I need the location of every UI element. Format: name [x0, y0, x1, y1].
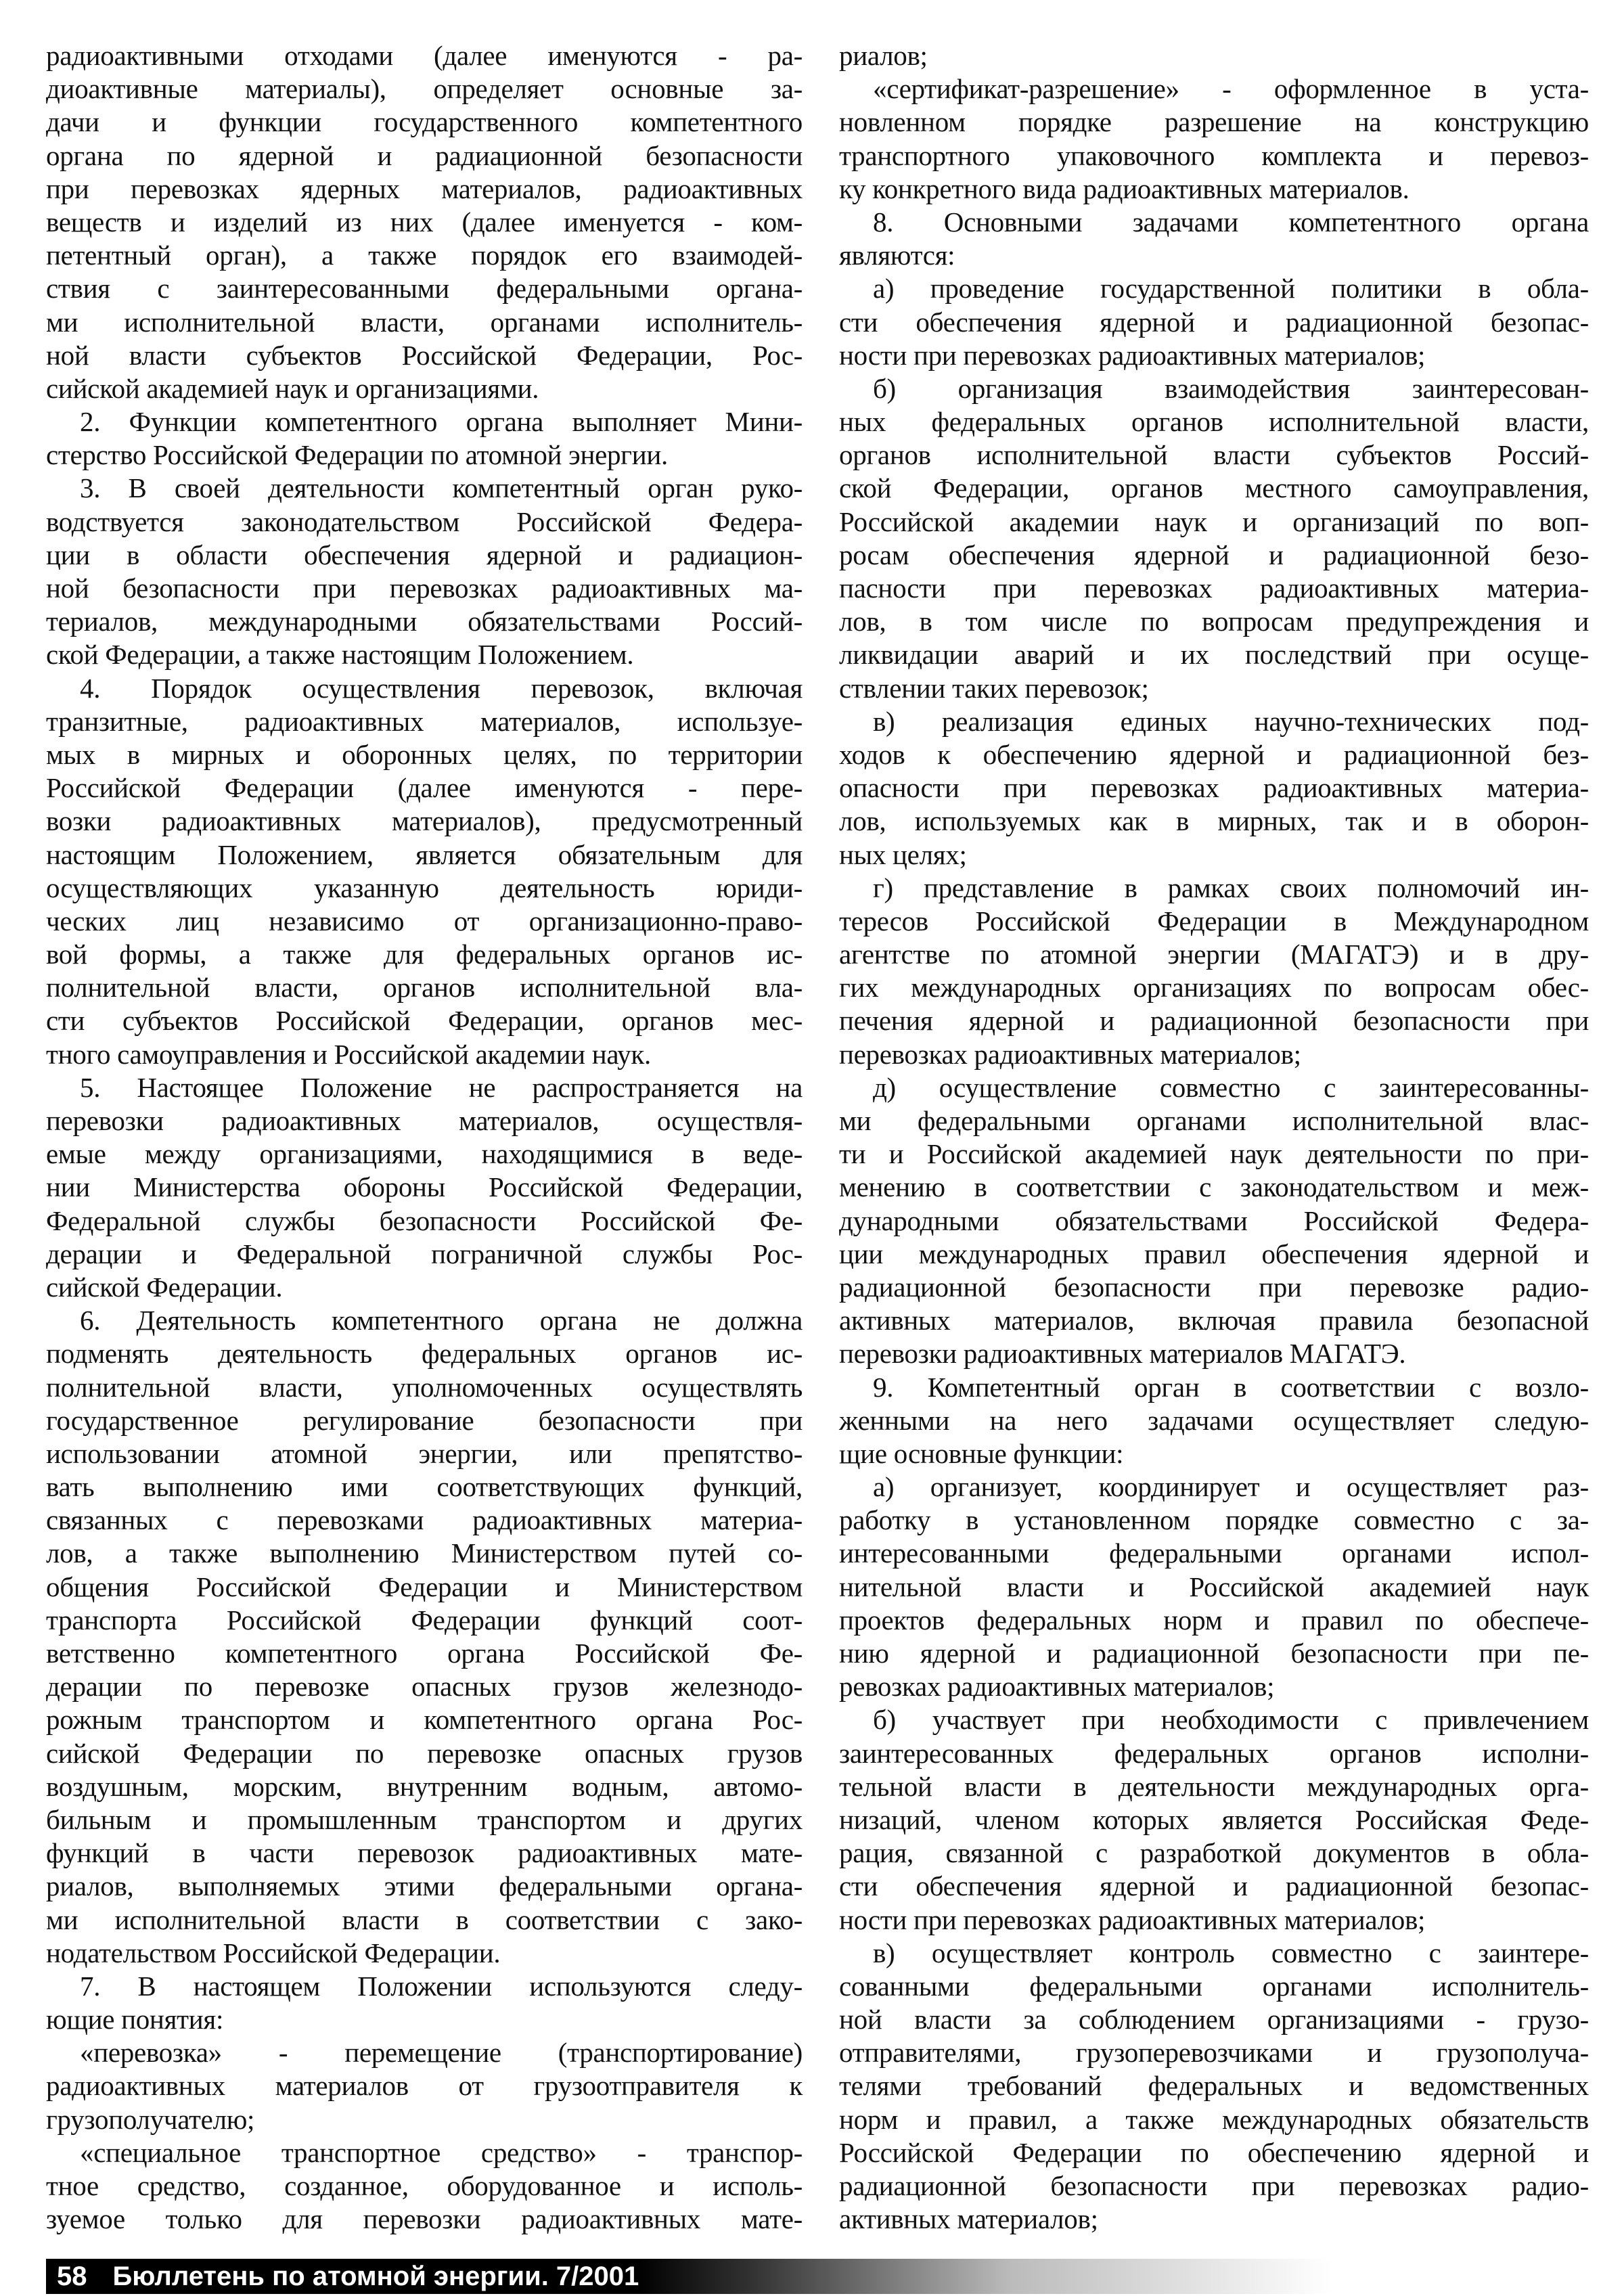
text-line: бильным и промышленным транспортом и дру…	[46, 1803, 803, 1837]
right-text-column: риалов;«сертификат-разрешение» - оформле…	[839, 39, 1589, 2236]
page-footer-bar: 58Бюллетень по атомной энергии. 7/2001	[46, 2259, 1332, 2294]
text-line: в) осуществляет контроль совместно с заи…	[839, 1937, 1589, 1970]
text-line: ходов к обеспечению ядерной и радиационн…	[839, 738, 1589, 771]
text-line: риалов, выполняемых этими федеральными о…	[46, 1870, 803, 1903]
text-line: тельной власти в деятельности международ…	[839, 1770, 1589, 1803]
text-line: полнительной власти, уполномоченных осущ…	[46, 1371, 803, 1404]
text-line: веществ и изделий из них (далее именуетс…	[46, 206, 803, 239]
text-line: ми федеральными органами исполнительной …	[839, 1104, 1589, 1138]
text-line: ющие понятия:	[46, 2003, 803, 2036]
text-line: «перевозка» - перемещение (транспортиров…	[46, 2036, 803, 2069]
text-line: воздушным, морским, внутренним водным, а…	[46, 1770, 803, 1803]
text-line: органа по ядерной и радиационной безопас…	[46, 139, 803, 173]
text-line: «сертификат-разрешение» - оформленное в …	[839, 72, 1589, 106]
text-line: лов, используемых как в мирных, так и в …	[839, 805, 1589, 838]
text-line: д) осуществление совместно с заинтересов…	[839, 1071, 1589, 1104]
text-line: ции в области обеспечения ядерной и ради…	[46, 539, 803, 572]
text-line: работку в установленном порядке совместн…	[839, 1504, 1589, 1537]
text-line: заинтересованных федеральных органов исп…	[839, 1737, 1589, 1770]
text-line: дерации по перевозке опасных грузов желе…	[46, 1670, 803, 1703]
text-line: ствия с заинтересованными федеральными о…	[46, 272, 803, 305]
text-line: лов, а также выполнению Министерством пу…	[46, 1537, 803, 1570]
text-line: менению в соответствии с законодательств…	[839, 1171, 1589, 1204]
text-line: транспортного упаковочного комплекта и п…	[839, 139, 1589, 173]
text-line: «специальное транспортное средство» - тр…	[46, 2136, 803, 2169]
text-line: отправителями, грузоперевозчиками и груз…	[839, 2036, 1589, 2069]
text-line: радиационной безопасности при перевозках…	[839, 2169, 1589, 2203]
text-line: агентстве по атомной энергии (МАГАТЭ) и …	[839, 938, 1589, 971]
text-line: 6. Деятельность компетентного органа не …	[46, 1304, 803, 1337]
text-line: ликвидации аварий и их последствий при о…	[839, 638, 1589, 671]
text-line: дународными обязательствами Российской Ф…	[839, 1205, 1589, 1238]
text-line: вой формы, а также для федеральных орган…	[46, 938, 803, 971]
text-line: сти обеспечения ядерной и радиационной б…	[839, 306, 1589, 339]
text-line: сийской Федерации по перевозке опасных г…	[46, 1737, 803, 1770]
text-line: перевозки радиоактивных материалов МАГАТ…	[839, 1337, 1589, 1370]
text-line: радиоактивных материалов от грузоотправи…	[46, 2069, 803, 2102]
text-line: сти обеспечения ядерной и радиационной б…	[839, 1870, 1589, 1903]
text-line: ветственно компетентного органа Российск…	[46, 1637, 803, 1670]
text-line: тного самоуправления и Российской академ…	[46, 1038, 803, 1071]
text-line: риалов;	[839, 39, 1589, 72]
text-line: перевозки радиоактивных материалов, осущ…	[46, 1104, 803, 1138]
text-line: 9. Компетентный орган в соответствии с в…	[839, 1371, 1589, 1404]
publication-title: Бюллетень по атомной энергии. 7/2001	[113, 2261, 639, 2291]
text-line: тересов Российской Федерации в Междунаро…	[839, 905, 1589, 938]
text-line: ми исполнительной власти, органами испол…	[46, 306, 803, 339]
text-line: активных материалов, включая правила без…	[839, 1304, 1589, 1337]
text-line: териалов, международными обязательствами…	[46, 605, 803, 638]
text-line: водствуется законодательством Российской…	[46, 505, 803, 539]
text-line: при перевозках ядерных материалов, радио…	[46, 173, 803, 206]
text-line: тное средство, созданное, оборудованное …	[46, 2169, 803, 2203]
text-line: диоактивные материалы), определяет основ…	[46, 72, 803, 106]
text-line: ных федеральных органов исполнительной в…	[839, 405, 1589, 438]
text-line: 5. Настоящее Положение не распространяет…	[46, 1071, 803, 1104]
text-line: рожным транспортом и компетентного орган…	[46, 1703, 803, 1736]
text-line: стерство Российской Федерации по атомной…	[46, 438, 803, 472]
text-line: нодательством Российской Федерации.	[46, 1937, 803, 1970]
text-line: грузополучателю;	[46, 2103, 803, 2136]
text-line: вать выполнению ими соответствующих функ…	[46, 1470, 803, 1504]
text-line: 2. Функции компетентного органа выполняе…	[46, 405, 803, 438]
text-line: Федеральной службы безопасности Российск…	[46, 1205, 803, 1238]
text-line: печения ядерной и радиационной безопасно…	[839, 1004, 1589, 1037]
text-line: 8. Основными задачами компетентного орга…	[839, 206, 1589, 239]
document-page: радиоактивными отходами (далее именуются…	[0, 0, 1624, 2296]
text-line: а) проведение государственной политики в…	[839, 272, 1589, 305]
text-line: ных целях;	[839, 838, 1589, 872]
footer-text: 58Бюллетень по атомной энергии. 7/2001	[57, 2261, 639, 2292]
text-line: росам обеспечения ядерной и радиационной…	[839, 539, 1589, 572]
text-line: ку конкретного вида радиоактивных матери…	[839, 173, 1589, 206]
text-line: дерации и Федеральной пограничной службы…	[46, 1238, 803, 1271]
text-line: ской Федерации, а также настоящим Положе…	[46, 638, 803, 671]
text-line: общения Российской Федерации и Министерс…	[46, 1571, 803, 1604]
text-line: интересованными федеральными органами ис…	[839, 1537, 1589, 1570]
page-number: 58	[57, 2261, 87, 2291]
text-line: полнительной власти, органов исполнитель…	[46, 971, 803, 1004]
text-line: радиоактивными отходами (далее именуются…	[46, 39, 803, 72]
text-line: в) реализация единых научно-технических …	[839, 705, 1589, 738]
text-line: ревозках радиоактивных материалов;	[839, 1670, 1589, 1703]
text-line: а) организует, координирует и осуществля…	[839, 1470, 1589, 1504]
text-line: ности при перевозках радиоактивных матер…	[839, 339, 1589, 372]
text-line: государственное регулирование безопаснос…	[46, 1404, 803, 1437]
text-line: подменять деятельность федеральных орган…	[46, 1337, 803, 1370]
text-line: осуществляющих указанную деятельность юр…	[46, 872, 803, 905]
text-line: активных материалов;	[839, 2203, 1589, 2236]
text-line: новленном порядке разрешение на конструк…	[839, 106, 1589, 139]
text-line: сти субъектов Российской Федерации, орга…	[46, 1004, 803, 1037]
text-line: транспорта Российской Федерации функций …	[46, 1604, 803, 1637]
text-line: норм и правил, а также международных обя…	[839, 2103, 1589, 2136]
text-line: Российской Федерации (далее именуются - …	[46, 771, 803, 805]
text-line: рация, связанной с разработкой документо…	[839, 1837, 1589, 1870]
text-line: нии Министерства обороны Российской Феде…	[46, 1171, 803, 1204]
text-line: петентный орган), а также порядок его вз…	[46, 239, 803, 272]
text-line: нительной власти и Российской академией …	[839, 1571, 1589, 1604]
text-line: дачи и функции государственного компетен…	[46, 106, 803, 139]
text-line: пасности при перевозках радиоактивных ма…	[839, 572, 1589, 605]
text-line: использовании атомной энергии, или препя…	[46, 1437, 803, 1470]
text-line: сийской академией наук и организациями.	[46, 372, 803, 405]
text-line: сийской Федерации.	[46, 1271, 803, 1304]
text-line: ческих лиц независимо от организационно-…	[46, 905, 803, 938]
text-line: ции международных правил обеспечения яде…	[839, 1238, 1589, 1271]
text-line: 4. Порядок осуществления перевозок, вклю…	[46, 672, 803, 705]
text-line: опасности при перевозках радиоактивных м…	[839, 771, 1589, 805]
text-line: лов, в том числе по вопросам предупрежде…	[839, 605, 1589, 638]
text-line: телями требований федеральных и ведомств…	[839, 2069, 1589, 2102]
left-text-column: радиоактивными отходами (далее именуются…	[46, 39, 803, 2236]
text-line: мых в мирных и оборонных целях, по терри…	[46, 738, 803, 771]
text-line: ми исполнительной власти в соответствии …	[46, 1904, 803, 1937]
text-line: функций в части перевозок радиоактивных …	[46, 1837, 803, 1870]
text-line: Российской академии наук и организаций п…	[839, 505, 1589, 539]
text-line: перевозках радиоактивных материалов;	[839, 1038, 1589, 1071]
text-line: ти и Российской академией наук деятельно…	[839, 1138, 1589, 1171]
text-line: ской Федерации, органов местного самоупр…	[839, 472, 1589, 505]
text-line: зуемое только для перевозки радиоактивны…	[46, 2203, 803, 2236]
text-line: являются:	[839, 239, 1589, 272]
text-line: емые между организациями, находящимися в…	[46, 1138, 803, 1171]
text-line: гих международных организациях по вопрос…	[839, 971, 1589, 1004]
text-line: ной власти за соблюдением организациями …	[839, 2003, 1589, 2036]
text-line: б) участвует при необходимости с привлеч…	[839, 1703, 1589, 1736]
text-line: г) представление в рамках своих полномоч…	[839, 872, 1589, 905]
text-line: нию ядерной и радиационной безопасности …	[839, 1637, 1589, 1670]
text-line: органов исполнительной власти субъектов …	[839, 438, 1589, 472]
text-line: щие основные функции:	[839, 1437, 1589, 1470]
text-line: ности при перевозках радиоактивных матер…	[839, 1904, 1589, 1937]
text-line: транзитные, радиоактивных материалов, ис…	[46, 705, 803, 738]
text-line: возки радиоактивных материалов), предусм…	[46, 805, 803, 838]
text-line: радиационной безопасности при перевозке …	[839, 1271, 1589, 1304]
text-line: проектов федеральных норм и правил по об…	[839, 1604, 1589, 1637]
text-line: сованными федеральными органами исполнит…	[839, 1970, 1589, 2003]
text-line: ной безопасности при перевозках радиоакт…	[46, 572, 803, 605]
text-line: Российской Федерации по обеспечению ядер…	[839, 2136, 1589, 2169]
text-line: женными на него задачами осуществляет сл…	[839, 1404, 1589, 1437]
text-line: ной власти субъектов Российской Федераци…	[46, 339, 803, 372]
text-line: 3. В своей деятельности компетентный орг…	[46, 472, 803, 505]
text-line: ствлении таких перевозок;	[839, 672, 1589, 705]
text-line: б) организация взаимодействия заинтересо…	[839, 372, 1589, 405]
text-line: низаций, членом которых является Российс…	[839, 1803, 1589, 1837]
text-line: 7. В настоящем Положении используются сл…	[46, 1970, 803, 2003]
text-line: настоящим Положением, является обязатель…	[46, 838, 803, 872]
text-line: связанных с перевозками радиоактивных ма…	[46, 1504, 803, 1537]
